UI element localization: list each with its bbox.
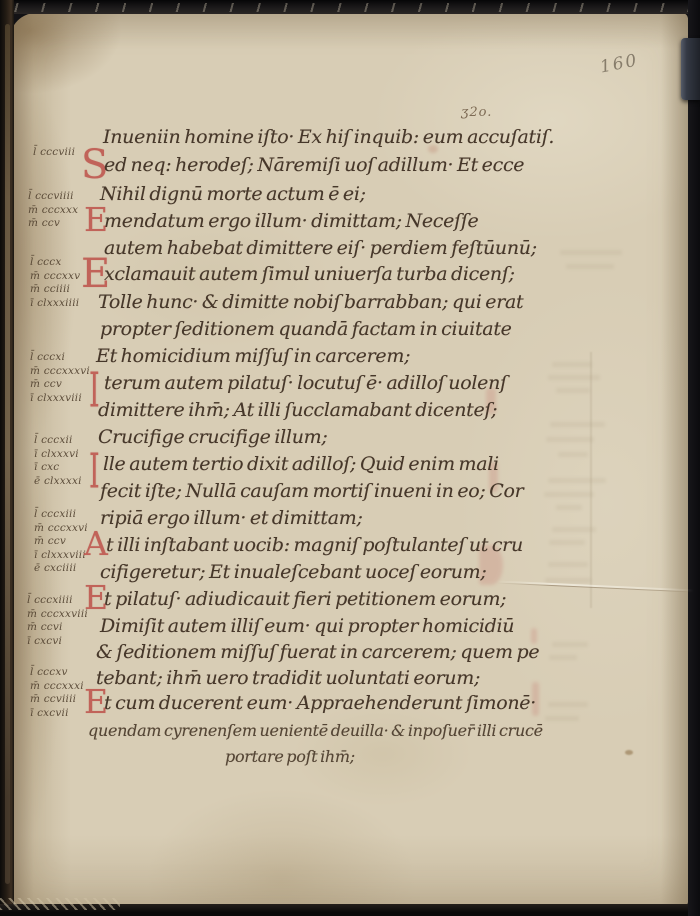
text-line: dimittere ihm̄; At illi ſucclamabant dic… <box>98 399 497 422</box>
bleed-through <box>545 716 579 721</box>
photo-right-edge <box>688 0 700 916</box>
bleed-through <box>558 452 588 457</box>
margin-canon-refs: l̄ cccxiiiim̄ cccxxviiim̄ ccviī cxcvi <box>27 594 88 648</box>
bleed-through <box>544 492 594 497</box>
text-line: Nihil dignū morte actum ē ei; <box>100 183 366 206</box>
bleed-through <box>548 478 606 483</box>
rubric-initial: I <box>89 449 100 496</box>
margin-canon-refs: l̄ cccxm̄ cccxxvm̄ cciiiiī clxxxiiii <box>30 256 80 310</box>
bleed-through <box>556 388 590 393</box>
bookmark-tab <box>681 38 700 100</box>
bleed-through <box>552 527 596 532</box>
text-line: Dimiſit autem illiſ eum· qui propter hom… <box>100 615 514 638</box>
rubric-initial: A <box>84 527 108 560</box>
text-line: ripiā ergo illum· et dimittam; <box>100 507 363 530</box>
text-line: autem habebat dimittere eiſ· perdiem feſ… <box>104 237 537 260</box>
text-line: t illi inſtabant uocib: magniſ poſtulant… <box>106 534 523 557</box>
bleed-through <box>549 540 585 545</box>
text-line: quendam cyrenenſem uenientē deuilla· & i… <box>88 719 543 742</box>
bleed-through <box>566 264 614 269</box>
margin-canon-refs: l̄ cccxiiī clxxxviī cxcē clxxxxi <box>34 434 82 488</box>
text-line: xclamauit autem ſimul uniuerſa turba dic… <box>104 263 515 286</box>
frayed-edge <box>0 898 120 910</box>
text-line: t pilatuſ· adiudicauit fieri petitionem … <box>104 588 506 611</box>
text-line: Et homicidium miſſuſ in carcerem; <box>96 345 410 368</box>
margin-canon-refs: l̄ cccxiiim̄ cccxxvim̄ ccvī clxxxviiiē c… <box>34 508 88 576</box>
bleed-through <box>556 505 582 510</box>
text-line: ed neq: herodeſ; Nāremiſi uoſ adillum· E… <box>104 154 524 177</box>
text-line: Crucifige crucifige illum; <box>98 426 327 449</box>
text-line: propter ſeditionem quandā factam in ciui… <box>100 318 512 341</box>
bleed-through <box>560 250 622 255</box>
text-line: fecit iſte; Nullā cauſam mortiſ inueni i… <box>100 480 523 503</box>
margin-canon-refs: l̄ cccviiiim̄ cccxxxm̄ ccv <box>28 190 78 231</box>
library-annotation: ʒ2o. <box>461 105 492 120</box>
bleed-through <box>549 655 577 660</box>
text-line: t cum ducerent eum· Appraehenderunt ſimo… <box>104 692 536 715</box>
margin-canon-refs: l̄ cccxvm̄ cccxxxim̄ ccviiiiī cxcvii <box>30 666 84 720</box>
margin-canon-refs: l̄ cccxim̄ cccxxxvim̄ ccvī clxxxviii <box>30 351 90 405</box>
text-line: mendatum ergo illum· dimittam; Neceſſe <box>104 210 479 233</box>
manuscript-photo: 160 ʒ2o. l̄ cccviiil̄ cccviiiim̄ cccxxxm… <box>0 0 700 916</box>
text-line: & ſeditionem miſſuſ fuerat in carcerem; … <box>96 641 539 664</box>
bleed-through <box>552 642 588 647</box>
stain <box>625 750 633 755</box>
text-line: cifigeretur; Et inualeſcebant uoceſ eoru… <box>100 561 486 584</box>
bleed-through <box>548 562 588 567</box>
margin-canon-refs: l̄ cccviii <box>33 146 75 160</box>
bleed-through <box>548 702 588 707</box>
bleed-through <box>548 375 600 380</box>
text-line: portare poſt ihm̄; <box>225 745 355 768</box>
bleed-through <box>550 422 605 427</box>
binding-stitches <box>0 3 700 12</box>
bleed-through <box>546 437 594 442</box>
page-edge-curl <box>5 24 10 884</box>
text-line: Tolle hunc· & dimitte nobiſ barrabban; q… <box>98 291 523 314</box>
text-line: Inueniin homine iſto· Ex hiſ inquib: eum… <box>103 126 554 149</box>
text-line: lle autem tertio dixit adilloſ; Quid eni… <box>103 453 499 476</box>
text-line: terum autem pilatuſ· locutuſ ē· adilloſ … <box>104 372 507 395</box>
bleed-through <box>552 362 592 367</box>
text-line: tebant; ihm̄ uero tradidit uoluntati eor… <box>96 667 480 690</box>
